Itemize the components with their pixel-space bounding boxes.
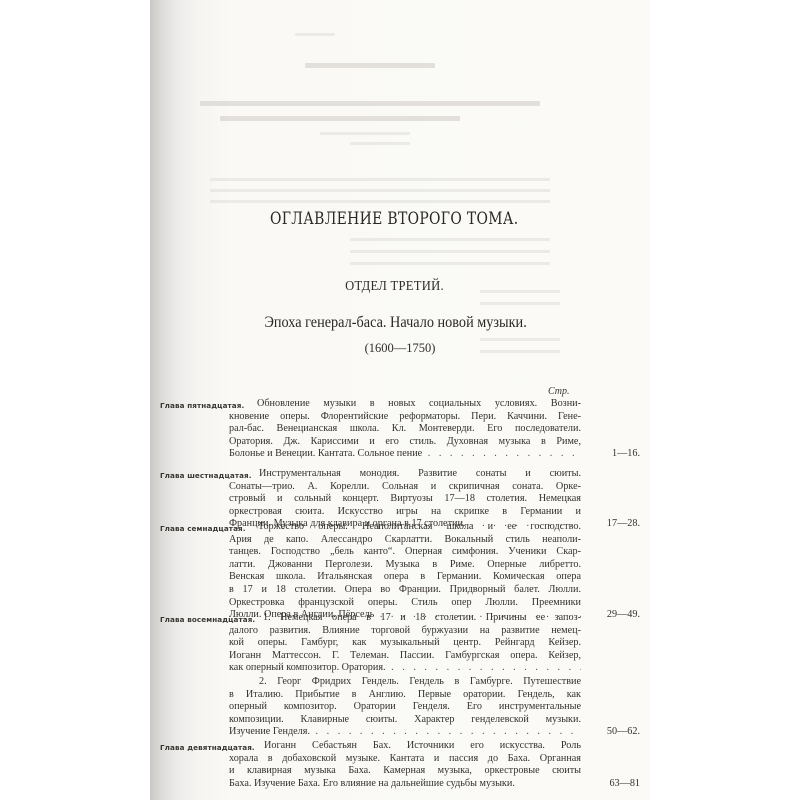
chapter-text-line: танцев. Господство „бель канто“. Оперная…	[229, 546, 581, 559]
book-page: ОГЛАВЛЕНИЕ ВТОРОГО ТОМА. ОТДЕЛ ТРЕТИЙ. Э…	[150, 0, 650, 800]
dot-leader: . . . . . . . . . . . . . . . . . . . . …	[386, 662, 581, 673]
epoch-heading: Эпоха генерал-баса. Начало новой музыки.	[166, 314, 626, 332]
chapter-text-line: Инструментальная монодия. Развитие сонат…	[229, 468, 581, 481]
chapter-text-line: далого развития. Влияние торговой буржуа…	[229, 625, 581, 638]
chapter-text-line: Оратория. Дж. Кариссими и его стиль. Дух…	[229, 436, 581, 449]
page-range: 17—28.	[607, 518, 640, 531]
chapter-text-line: оркестровая сюита. Искусство игры на скр…	[229, 506, 581, 519]
chapter-text-line: как оперный композитор. Оратория. . . . …	[229, 662, 581, 675]
page-column-header: Стр.	[548, 386, 570, 397]
chapter-text-line: стровый и сольный концерт. Виртуозы 17—1…	[229, 493, 581, 506]
chapter-text-line: Венская школа. Итальянская опера в Герма…	[229, 571, 581, 584]
page-range: 50—62.	[607, 726, 640, 739]
section-heading: ОТДЕЛ ТРЕТИЙ.	[170, 279, 620, 295]
chapter-text-line: кновение оперы. Флорентийские реформатор…	[229, 411, 581, 424]
chapter-text-line: в Италию. Прибытие в Англию. Первые орат…	[229, 689, 581, 702]
chapter-text-line: Обновление музыки в новых социальных усл…	[229, 398, 581, 411]
bleed-through-text	[150, 0, 650, 360]
chapter-text-line: Торжество оперы. Неаполитанская школа и …	[229, 521, 581, 534]
chapter-text-line: Ария де капо. Алессандро Скарлатти. Вока…	[229, 534, 581, 547]
dot-leader: . . . . . . . . . . . . . . . . . . . . …	[310, 726, 581, 737]
page-range: 63—81	[609, 778, 640, 791]
dot-leader: . . . . . . . . . . . . . . . . . . . . …	[422, 448, 581, 459]
chapter-text-line: рал-бас. Венецианская школа. Кл. Монтеве…	[229, 423, 581, 436]
chapter-text-line: кой оперы. Гамбург, как музыкальный цент…	[229, 637, 581, 650]
chapter-text-line: латти. Джованни Перголези. Музыка в Риме…	[229, 559, 581, 572]
chapter-text-line: и клавирная музыка Баха. Камерная музыка…	[229, 765, 581, 778]
chapter-text-line: композиции. Клавирные сюиты. Характер ге…	[229, 714, 581, 727]
chapter-text-line: Иоганн Себастьян Бах. Источники его иску…	[229, 740, 581, 753]
chapter-text-line: в 17 и 18 столетии. Опера во Франции. Пр…	[229, 584, 581, 597]
chapter-text-line: Болонье и Венеции. Кантата. Сольное пени…	[229, 448, 581, 461]
chapter-text-line: хорала в добаховской музыке. Кантата и п…	[229, 753, 581, 766]
chapter-text-line: 2. Георг Фридрих Гендель. Гендель в Гамб…	[229, 676, 581, 689]
chapter-text-line: оперный композитор. Оратории Генделя. Ег…	[229, 701, 581, 714]
chapter-text-line: Сонаты—трио. А. Корелли. Сольная и скрип…	[229, 481, 581, 494]
page-title: ОГЛАВЛЕНИЕ ВТОРОГО ТОМА.	[189, 209, 599, 229]
chapter-text-line: Иоганн Маттессон. Г. Телеман. Пассии. Га…	[229, 650, 581, 663]
page-range: 1—16.	[612, 448, 640, 461]
chapter-text-line: Оркестровка французской оперы. Стиль опе…	[229, 597, 581, 610]
years-range: (1600—1750)	[150, 341, 650, 356]
chapter-text-line: 1. Немецкая опера в 17 и 18 столетии. Пр…	[229, 612, 581, 625]
chapter-text-line: Баха. Изучение Баха. Его влияние на даль…	[229, 778, 581, 791]
chapter-text-line: Изучение Генделя. . . . . . . . . . . . …	[229, 726, 581, 739]
page-range: 29—49.	[607, 609, 640, 622]
